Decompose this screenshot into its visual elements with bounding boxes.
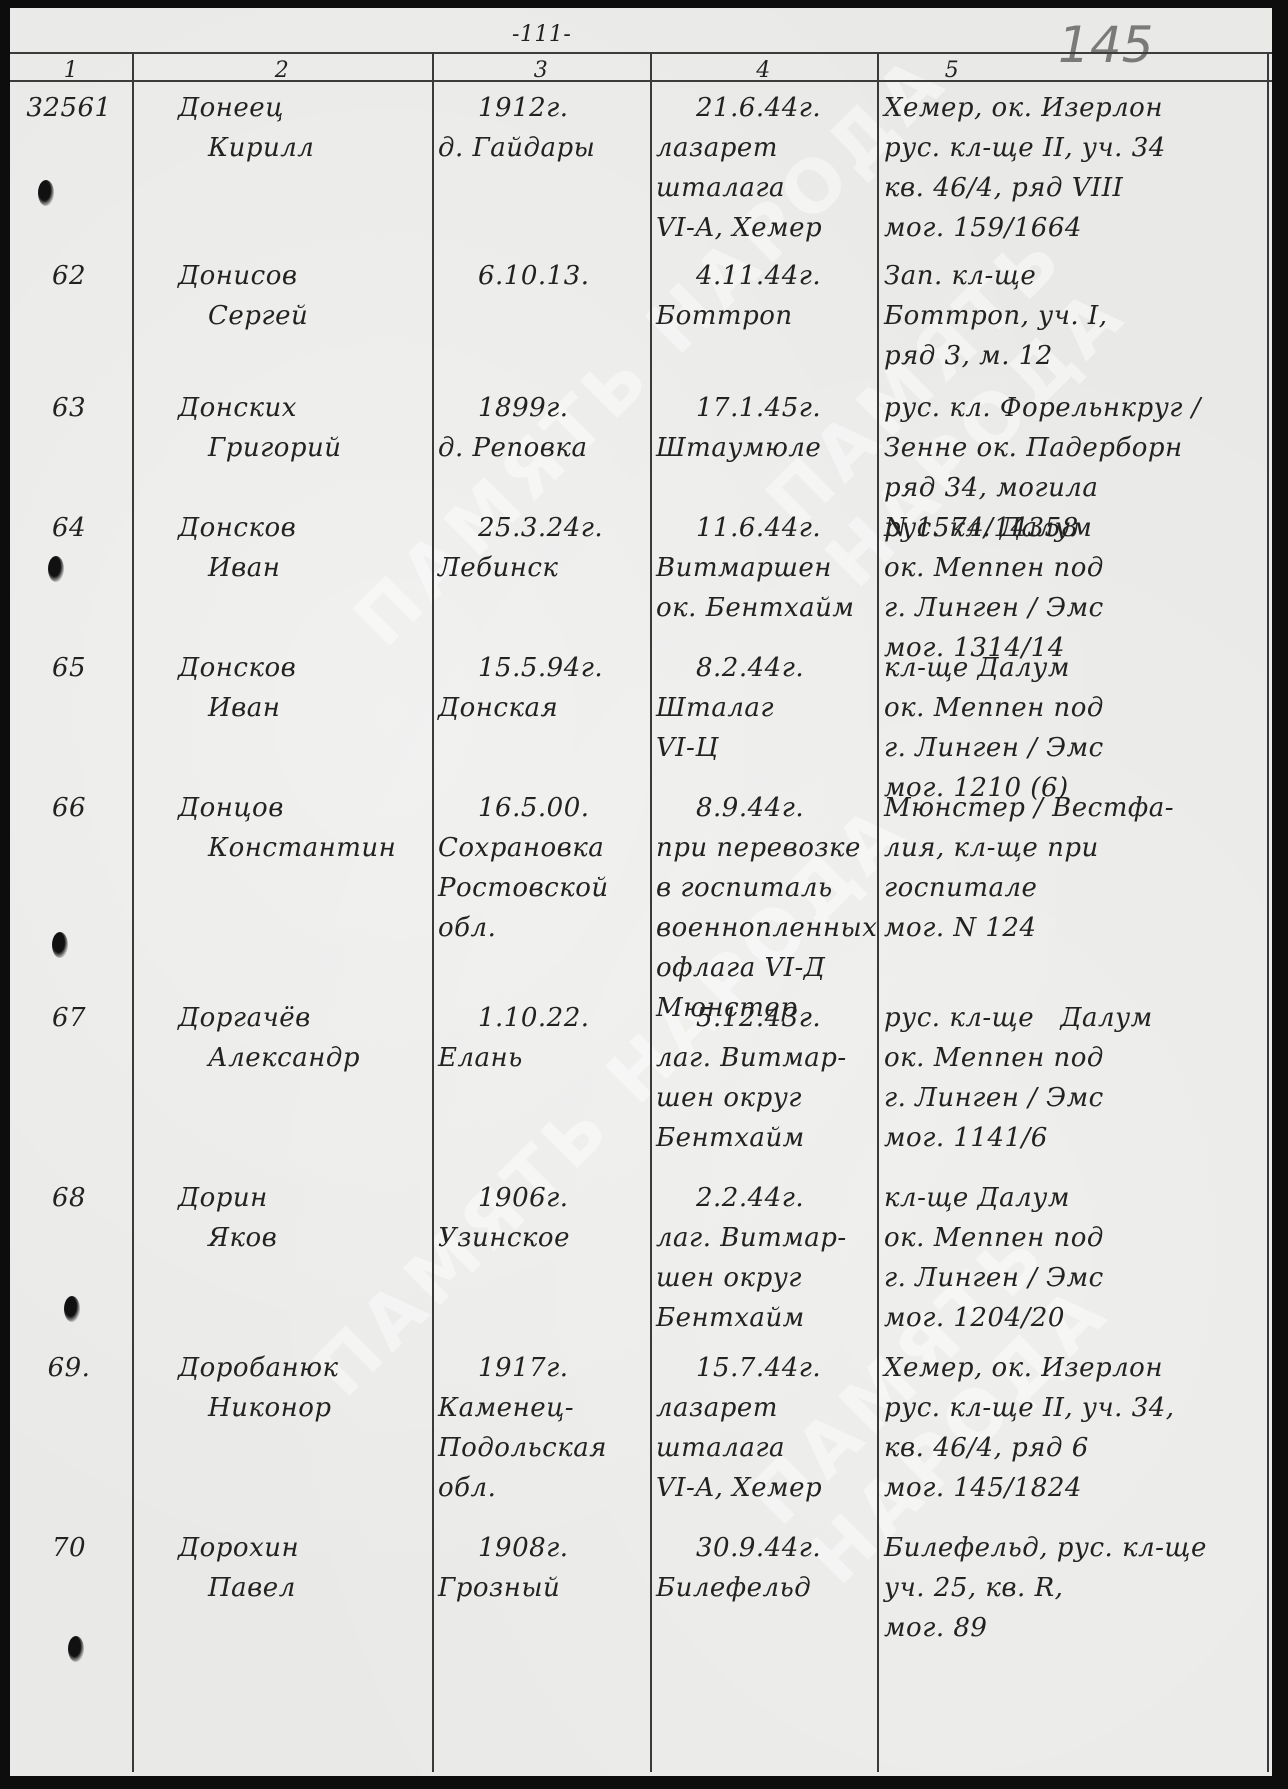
burial-place-line: мог. 89 <box>884 1608 1264 1648</box>
soldier-name: ДонсковИван <box>138 648 434 728</box>
death-info: 8.2.44г.ШталагVI-Ц <box>656 648 878 768</box>
column-header-5: 5 <box>877 58 1027 83</box>
death-info-line: VI-Ц <box>656 728 878 768</box>
burial-place-line: мог. 145/1824 <box>884 1468 1264 1508</box>
death-info-line: шен округ <box>656 1258 878 1298</box>
birth-info-line: Лебинск <box>438 548 650 588</box>
death-info-line: 21.6.44г. <box>656 88 878 128</box>
burial-place-line: кл-ще Далум <box>884 648 1264 688</box>
birth-info-line: 6.10.13. <box>438 256 650 296</box>
birth-info-line: д. Реповка <box>438 428 650 468</box>
soldier-name-line: Кирилл <box>138 128 434 168</box>
death-info-line: VI-A, Хемер <box>656 208 878 248</box>
burial-place-line: кл-ще Далум <box>884 1178 1264 1218</box>
death-info-line: VI-A, Хемер <box>656 1468 878 1508</box>
record-number: 67 <box>10 998 128 1038</box>
death-info-line: Витмаршен <box>656 548 878 588</box>
birth-info-line: 1917г. <box>438 1348 650 1388</box>
burial-place: Мюнстер / Вестфа-лия, кл-ще пригоспитале… <box>884 788 1264 948</box>
death-info-line: Штаумюле <box>656 428 878 468</box>
column-divider <box>650 52 652 1772</box>
burial-place-line: г. Линген / Эмс <box>884 588 1264 628</box>
burial-place-line: рус. кл. Форельнкруг / <box>884 388 1264 428</box>
death-info-line: 8.2.44г. <box>656 648 878 688</box>
burial-place-line: рус. кл-ще II, уч. 34 <box>884 128 1264 168</box>
column-divider <box>132 52 134 1772</box>
record-number: 62 <box>10 256 128 296</box>
birth-info-line: обл. <box>438 908 650 948</box>
column-header-2: 2 <box>132 58 432 83</box>
birth-info-line: Узинское <box>438 1218 650 1258</box>
birth-info-line: Подольская <box>438 1428 650 1468</box>
birth-info-line: д. Гайдары <box>438 128 650 168</box>
burial-place-line: Билефельд, рус. кл-ще <box>884 1528 1264 1568</box>
death-info: 5.12.43г.лаг. Витмар-шен округБентхайм <box>656 998 878 1158</box>
burial-place: Билефельд, рус. кл-щеуч. 25, кв. R,мог. … <box>884 1528 1264 1648</box>
burial-place-line: кв. 46/4, ряд VIII <box>884 168 1264 208</box>
death-info: 8.9.44г.при перевозкев госпитальвоеннопл… <box>656 788 878 1028</box>
death-info-line: 5.12.43г. <box>656 998 878 1038</box>
death-info-line: шталага <box>656 1428 878 1468</box>
burial-place: Хемер, ок. Изерлонрус. кл-ще II, уч. 34к… <box>884 88 1264 248</box>
birth-info: 16.5.00.СохрановкаРостовскойобл. <box>438 788 650 948</box>
record-number: 63 <box>10 388 128 428</box>
birth-info-line: 1908г. <box>438 1528 650 1568</box>
death-info-line: 15.7.44г. <box>656 1348 878 1388</box>
soldier-name-line: Донеец <box>138 88 434 128</box>
burial-place-line: Зенне ок. Падерборн <box>884 428 1264 468</box>
burial-place-line: г. Линген / Эмс <box>884 1258 1264 1298</box>
death-info-line: Боттроп <box>656 296 878 336</box>
burial-place-line: госпитале <box>884 868 1264 908</box>
birth-info-line: Грозный <box>438 1568 650 1608</box>
burial-place-line: Зап. кл-ще <box>884 256 1264 296</box>
column-header-1: 1 <box>10 58 132 83</box>
punch-hole <box>64 1296 80 1322</box>
death-info-line: 17.1.45г. <box>656 388 878 428</box>
soldier-name: ДонцовКонстантин <box>138 788 434 868</box>
birth-info-line: Донская <box>438 688 650 728</box>
death-info-line: 8.9.44г. <box>656 788 878 828</box>
column-divider <box>1267 52 1269 1772</box>
soldier-name-line: Константин <box>138 828 434 868</box>
death-info: 30.9.44г.Билефельд <box>656 1528 878 1608</box>
birth-info-line: Сохрановка <box>438 828 650 868</box>
death-info: 11.6.44г.Витмаршенок. Бентхайм <box>656 508 878 628</box>
soldier-name-line: Донисов <box>138 256 434 296</box>
handwritten-page-number: -111- <box>512 22 571 47</box>
burial-place-line: лия, кл-ще при <box>884 828 1264 868</box>
burial-place-line: Хемер, ок. Изерлон <box>884 88 1264 128</box>
burial-place-line: мог. 1204/20 <box>884 1298 1264 1338</box>
birth-info-line: 1.10.22. <box>438 998 650 1038</box>
record-number: 70 <box>10 1528 128 1568</box>
burial-place-line: ряд 3, м. 12 <box>884 336 1264 376</box>
soldier-name-line: Донцов <box>138 788 434 828</box>
soldier-name-line: Иван <box>138 548 434 588</box>
burial-place-line: уч. 25, кв. R, <box>884 1568 1264 1608</box>
death-info-line: лазарет <box>656 1388 878 1428</box>
birth-info-line: 1912г. <box>438 88 650 128</box>
birth-info-line: Елань <box>438 1038 650 1078</box>
soldier-name-line: Доргачёв <box>138 998 434 1038</box>
death-info-line: при перевозке <box>656 828 878 868</box>
record-number: 66 <box>10 788 128 828</box>
birth-info: 1912г.д. Гайдары <box>438 88 650 168</box>
soldier-name-line: Никонор <box>138 1388 434 1428</box>
burial-place: кл-ще Далумок. Меппен подг. Линген / Эмс… <box>884 648 1264 808</box>
soldier-name: ДонисовСергей <box>138 256 434 336</box>
birth-info-line: 16.5.00. <box>438 788 650 828</box>
burial-place-line: ок. Меппен под <box>884 548 1264 588</box>
death-info-line: Билефельд <box>656 1568 878 1608</box>
watermark: ПАМЯТЬ НАРОДА <box>733 1084 1249 1600</box>
burial-place: Зап. кл-щеБоттроп, уч. I,ряд 3, м. 12 <box>884 256 1264 376</box>
burial-place: Хемер, ок. Изерлонрус. кл-ще II, уч. 34,… <box>884 1348 1264 1508</box>
punch-hole <box>38 180 54 206</box>
death-info-line: 30.9.44г. <box>656 1528 878 1568</box>
record-number: 65 <box>10 648 128 688</box>
death-info-line: шен округ <box>656 1078 878 1118</box>
birth-info: 1.10.22.Елань <box>438 998 650 1078</box>
death-info-line: лаг. Витмар- <box>656 1218 878 1258</box>
death-info: 21.6.44г.лазаретшталагаVI-A, Хемер <box>656 88 878 248</box>
soldier-name: ДонсковИван <box>138 508 434 588</box>
soldier-name-line: Дорин <box>138 1178 434 1218</box>
birth-info: 1899г.д. Реповка <box>438 388 650 468</box>
death-info-line: в госпиталь <box>656 868 878 908</box>
burial-place: рус. кл. Далумок. Меппен подг. Линген / … <box>884 508 1264 668</box>
punch-hole <box>52 932 68 958</box>
soldier-name: ДонскихГригорий <box>138 388 434 468</box>
burial-place-line: ок. Меппен под <box>884 1038 1264 1078</box>
burial-place-line: г. Линген / Эмс <box>884 728 1264 768</box>
birth-info-line: Каменец- <box>438 1388 650 1428</box>
soldier-name: ДорохинПавел <box>138 1528 434 1608</box>
burial-place-line: мог. 159/1664 <box>884 208 1264 248</box>
death-info-line: Бентхайм <box>656 1118 878 1158</box>
punch-hole <box>48 556 64 582</box>
birth-info: 25.3.24г.Лебинск <box>438 508 650 588</box>
death-info-line: 11.6.44г. <box>656 508 878 548</box>
archive-page: ПАМЯТЬ НАРОДА ПАМЯТЬ НАРОДА ПАМЯТЬ НАРОД… <box>10 8 1272 1776</box>
burial-place-line: ок. Меппен под <box>884 1218 1264 1258</box>
column-header-3: 3 <box>432 58 650 83</box>
burial-place: кл-ще Далумок. Меппен подг. Линген / Эмс… <box>884 1178 1264 1338</box>
burial-place-line: Боттроп, уч. I, <box>884 296 1264 336</box>
death-info-line: 4.11.44г. <box>656 256 878 296</box>
death-info-line: шталага <box>656 168 878 208</box>
burial-place-line: кв. 46/4, ряд 6 <box>884 1428 1264 1468</box>
soldier-name: ДоробанюкНиконор <box>138 1348 434 1428</box>
death-info-line: Шталаг <box>656 688 878 728</box>
soldier-name-line: Донсков <box>138 648 434 688</box>
soldier-name: ДоргачёвАлександр <box>138 998 434 1078</box>
header-top-rule <box>10 52 1272 54</box>
birth-info-line: 25.3.24г. <box>438 508 650 548</box>
record-number: 32561 <box>10 88 128 128</box>
death-info-line: военнопленных <box>656 908 878 948</box>
death-info-line: Бентхайм <box>656 1298 878 1338</box>
punch-hole <box>68 1636 84 1662</box>
birth-info: 6.10.13. <box>438 256 650 296</box>
soldier-name-line: Донсков <box>138 508 434 548</box>
burial-place-line: рус. кл-ще II, уч. 34, <box>884 1388 1264 1428</box>
burial-place-line: Мюнстер / Вестфа- <box>884 788 1264 828</box>
soldier-name-line: Григорий <box>138 428 434 468</box>
soldier-name-line: Павел <box>138 1568 434 1608</box>
birth-info-line: 1906г. <box>438 1178 650 1218</box>
burial-place-line: мог. N 124 <box>884 908 1264 948</box>
soldier-name: ДоринЯков <box>138 1178 434 1258</box>
burial-place-line: г. Линген / Эмс <box>884 1078 1264 1118</box>
burial-place-line: рус. кл. Далум <box>884 508 1264 548</box>
birth-info-line: обл. <box>438 1468 650 1508</box>
burial-place: рус. кл-ще Далумок. Меппен подг. Линген … <box>884 998 1264 1158</box>
soldier-name: ДонеецКирилл <box>138 88 434 168</box>
birth-info: 15.5.94г.Донская <box>438 648 650 728</box>
birth-info-line: 1899г. <box>438 388 650 428</box>
burial-place-line: Хемер, ок. Изерлон <box>884 1348 1264 1388</box>
soldier-name-line: Доробанюк <box>138 1348 434 1388</box>
death-info: 17.1.45г.Штаумюле <box>656 388 878 468</box>
death-info: 15.7.44г.лазаретшталагаVI-A, Хемер <box>656 1348 878 1508</box>
record-number: 64 <box>10 508 128 548</box>
soldier-name-line: Сергей <box>138 296 434 336</box>
death-info-line: 2.2.44г. <box>656 1178 878 1218</box>
death-info: 4.11.44г.Боттроп <box>656 256 878 336</box>
death-info-line: офлага VI-Д <box>656 948 878 988</box>
death-info-line: лазарет <box>656 128 878 168</box>
soldier-name-line: Александр <box>138 1038 434 1078</box>
birth-info: 1906г.Узинское <box>438 1178 650 1258</box>
burial-place-line: мог. 1141/6 <box>884 1118 1264 1158</box>
death-info: 2.2.44г.лаг. Витмар-шен округБентхайм <box>656 1178 878 1338</box>
column-header-4: 4 <box>650 58 877 83</box>
birth-info-line: 15.5.94г. <box>438 648 650 688</box>
death-info-line: лаг. Витмар- <box>656 1038 878 1078</box>
birth-info: 1908г.Грозный <box>438 1528 650 1608</box>
soldier-name-line: Дорохин <box>138 1528 434 1568</box>
archive-page-stamp: 145 <box>1058 16 1153 74</box>
soldier-name-line: Иван <box>138 688 434 728</box>
birth-info: 1917г.Каменец-Подольскаяобл. <box>438 1348 650 1508</box>
burial-place-line: ряд 34, могила <box>884 468 1264 508</box>
record-number: 69. <box>10 1348 128 1388</box>
burial-place-line: ок. Меппен под <box>884 688 1264 728</box>
soldier-name-line: Яков <box>138 1218 434 1258</box>
birth-info-line: Ростовской <box>438 868 650 908</box>
soldier-name-line: Донских <box>138 388 434 428</box>
burial-place-line: рус. кл-ще Далум <box>884 998 1264 1038</box>
record-number: 68 <box>10 1178 128 1218</box>
death-info-line: ок. Бентхайм <box>656 588 878 628</box>
